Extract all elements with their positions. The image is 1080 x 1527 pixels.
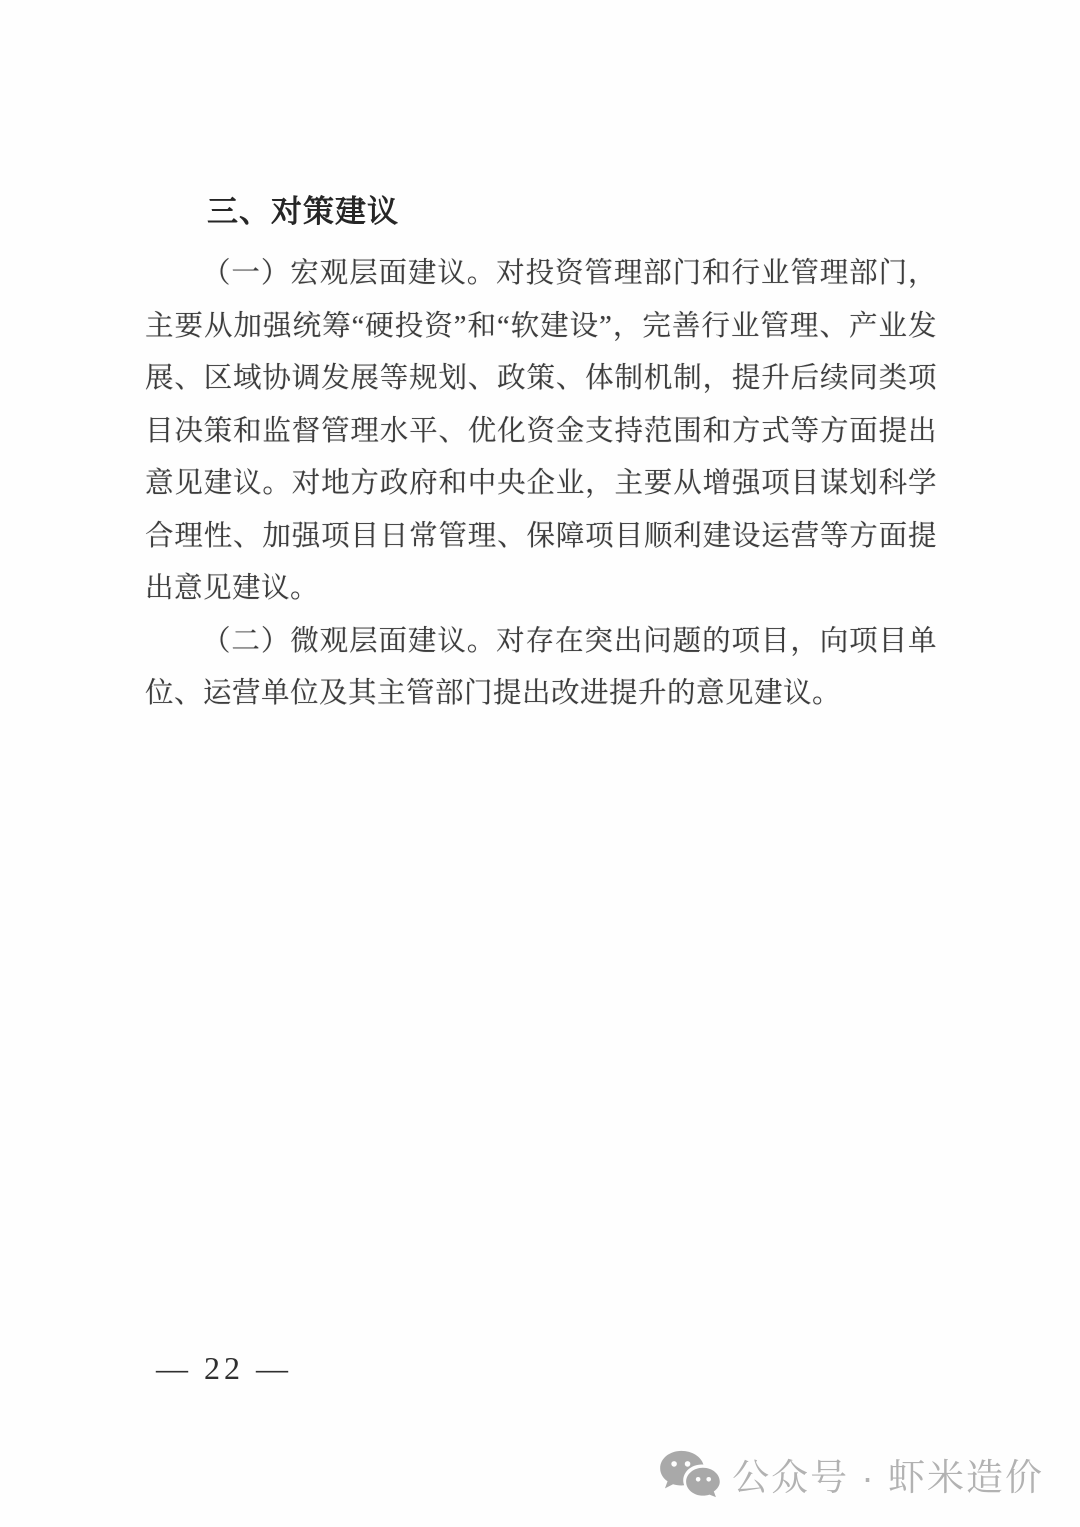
- document-body: 三、对策建议 （一）宏观层面建议。对投资管理部门和行业管理部门，主要从加强统筹“…: [145, 186, 937, 721]
- document-page: 三、对策建议 （一）宏观层面建议。对投资管理部门和行业管理部门，主要从加强统筹“…: [0, 0, 1080, 1527]
- section-heading: 三、对策建议: [145, 186, 937, 238]
- watermark: 公众号 · 虾米造价: [658, 1447, 1044, 1501]
- paragraph-micro-suggestions: （二）微观层面建议。对存在突出问题的项目，向项目单位、运营单位及其主管部门提出改…: [145, 616, 937, 721]
- watermark-label: 公众号 · 虾米造价: [732, 1447, 1044, 1501]
- wechat-icon: [658, 1449, 720, 1499]
- page-number: — 22 —: [156, 1350, 292, 1387]
- paragraph-macro-suggestions: （一）宏观层面建议。对投资管理部门和行业管理部门，主要从加强统筹“硬投资”和“软…: [145, 248, 937, 616]
